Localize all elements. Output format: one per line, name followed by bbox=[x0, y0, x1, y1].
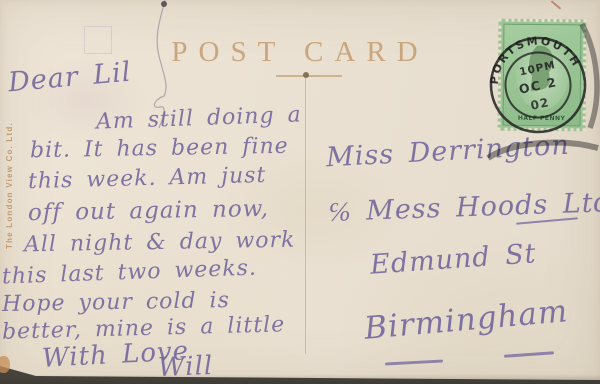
divider-horizontal-rule bbox=[276, 75, 342, 77]
postmark-smear bbox=[488, 143, 598, 158]
divider-dot bbox=[303, 72, 309, 78]
bottom-edge-shadow bbox=[0, 374, 600, 384]
message-line: Hope your cold is bbox=[2, 288, 230, 317]
corner-damage bbox=[0, 356, 10, 373]
divider-vertical-rule bbox=[305, 78, 306, 354]
message-line: bit. It has been fine bbox=[30, 134, 289, 164]
postcard-photo: POST CARD The London View Co. Ltd. Dear … bbox=[0, 0, 600, 384]
message-line: off out again now, bbox=[28, 196, 269, 226]
message-signature: Will bbox=[157, 351, 213, 383]
ink-smudge bbox=[84, 26, 112, 54]
message-line: All night & day work bbox=[24, 228, 296, 258]
postmark-year: 02 bbox=[529, 95, 550, 113]
publisher-imprint: The London View Co. Ltd. bbox=[5, 99, 14, 249]
postmark-icon: PORTSMOUTH 10PM OC 2 02 bbox=[452, 6, 600, 170]
